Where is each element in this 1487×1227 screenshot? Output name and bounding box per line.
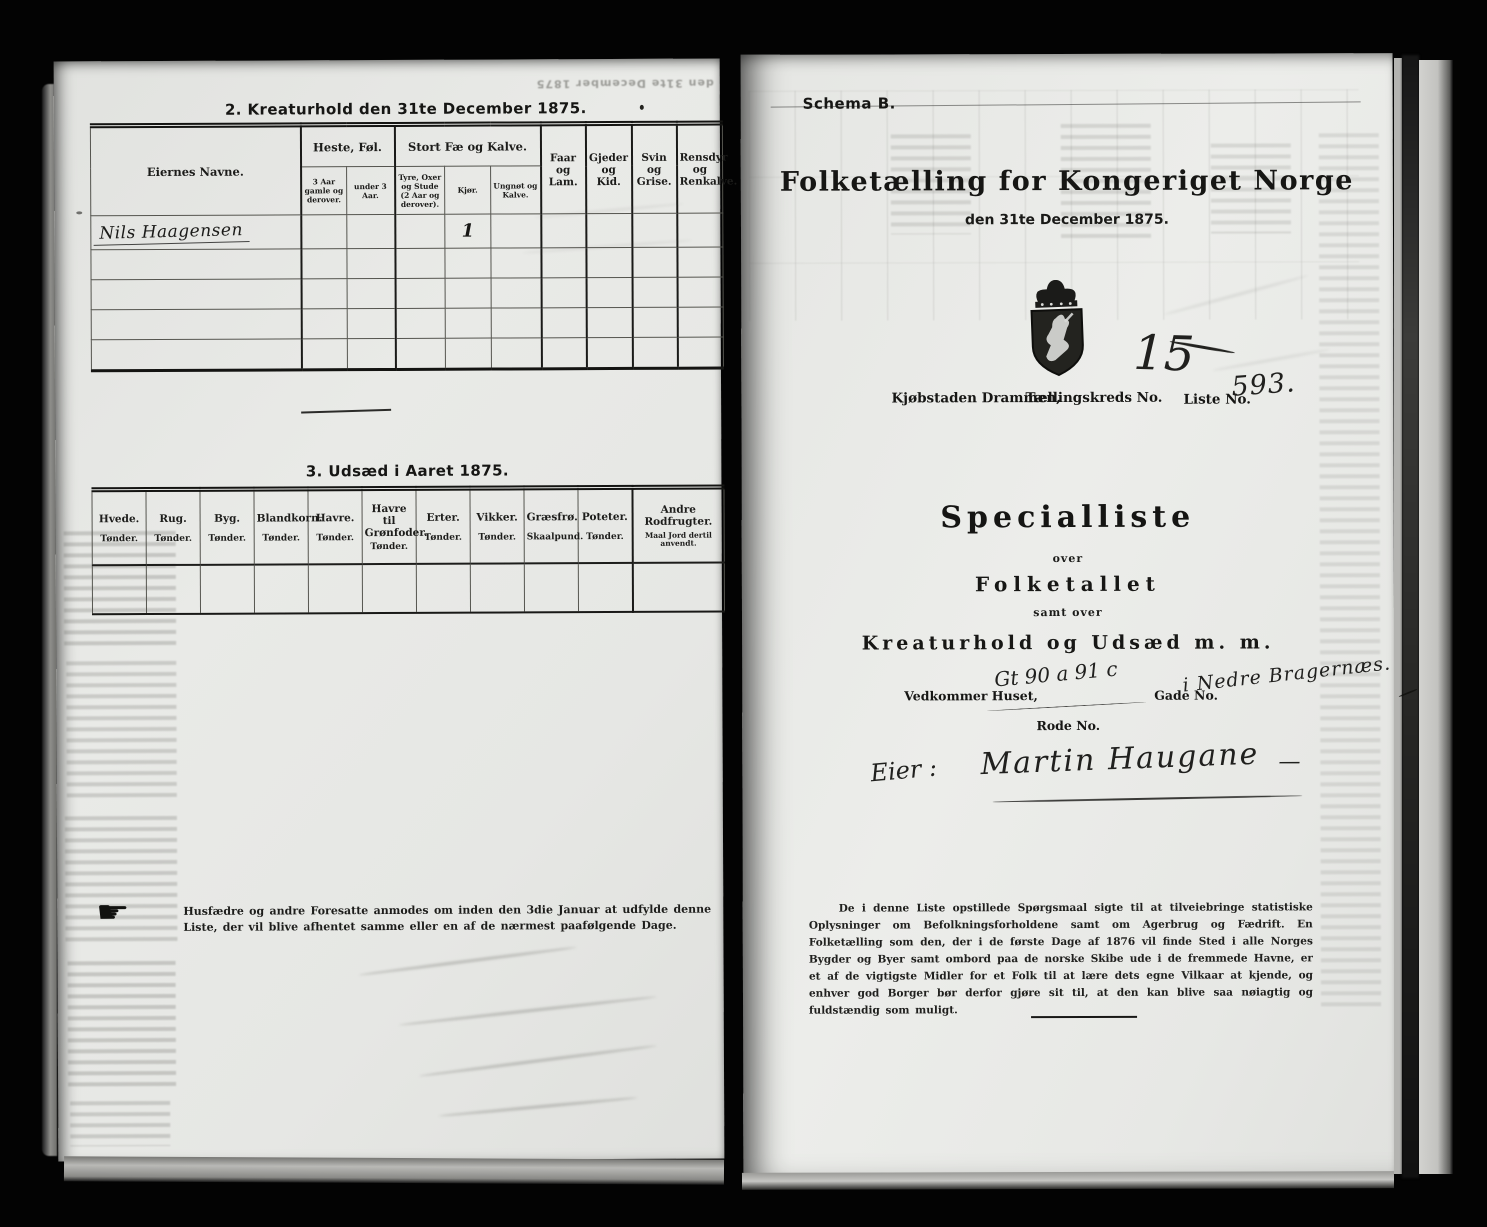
col-header-wheat: Hvede.Tønder. <box>92 490 146 566</box>
col-header-rye: Rug.Tønder. <box>146 489 200 565</box>
right-crease-shadow <box>1402 55 1419 1178</box>
handwritten-owner-name: Martin Haugane — <box>980 741 1300 777</box>
table-row <box>91 277 723 310</box>
district-label: Tællingskreds No. <box>1025 390 1162 406</box>
bleedthrough-stroke <box>358 946 577 977</box>
subcol-horses-under3: under 3 Aar. <box>347 166 395 214</box>
handwritten-house-number: Gt 90 a 91 c <box>993 657 1118 692</box>
col-header-reindeer: Rensdyr og Renkalve. <box>676 123 722 213</box>
bleedthrough-text-block <box>66 661 177 801</box>
bleedthrough-stroke <box>419 1044 657 1077</box>
manicule-icon: ☛ <box>96 895 130 930</box>
page-subtitle: den 31te December 1875. <box>741 211 1393 229</box>
handwritten-owner-name: Nils Haagensen <box>93 219 249 245</box>
table-row <box>91 307 723 340</box>
bleedthrough-text-block <box>68 961 177 1091</box>
col-header-mixed-grain: Blandkorn.Tønder. <box>254 489 308 565</box>
end-rule <box>1031 1016 1137 1018</box>
rode-label: Rode No. <box>742 717 1394 734</box>
scanned-census-spread: den 31te December 1875 2. Kreaturhold de… <box>0 0 1487 1227</box>
col-header-oats-fodder: Havre til Grønfoder.Tønder. <box>362 488 416 564</box>
col-header-potatoes: Poteter.Tønder. <box>578 487 632 563</box>
bleedthrough-text-block <box>70 1101 170 1146</box>
bottom-sheet-edge <box>742 1171 1394 1190</box>
left-page: den 31te December 1875 2. Kreaturhold de… <box>54 59 725 1162</box>
subcol-cows: Kjør. <box>445 166 491 214</box>
handwritten-list-number: 593. <box>1230 367 1296 403</box>
footer-note: Husfædre og andre Foresatte anmodes om i… <box>183 902 715 936</box>
heading-over: over <box>742 551 1394 566</box>
udsaed-table: Hvede.Tønder. Rug.Tønder. Byg.Tønder. Bl… <box>91 485 725 616</box>
heading-kreaturhold: Kreaturhold og Udsæd m. m. <box>742 631 1394 655</box>
subcol-calves: Ungnøt og Kalve. <box>491 166 541 214</box>
handwritten-dash-stroke <box>301 409 391 414</box>
handwritten-underline <box>992 795 1302 803</box>
ink-speck <box>76 211 82 214</box>
schema-label: Schema B. <box>803 94 896 112</box>
right-sheet-edge <box>1394 58 1402 1174</box>
bleedthrough-date: den 31te December 1875 <box>536 77 714 91</box>
table-row <box>91 337 723 371</box>
heading-specialliste: Specialliste <box>742 499 1394 536</box>
bottom-sheet-edge <box>64 1156 724 1184</box>
col-header-pigs: Svin og Grise. <box>631 123 676 213</box>
table-row <box>91 247 723 280</box>
bleedthrough-stroke <box>438 1096 637 1117</box>
coat-of-arms-icon <box>1017 277 1097 384</box>
house-label: Vedkommer Huset, <box>904 688 1038 703</box>
right-page: Schema B. Folketælling for Kongeriget No… <box>741 53 1396 1175</box>
col-header-root-crops: Andre Rodfrugter.Maal Jord dertil anvend… <box>632 487 724 563</box>
owner-dash: — <box>1278 749 1300 774</box>
kreaturhold-title: 2. Kreaturhold den 31te December 1875. <box>90 99 722 120</box>
info-paragraph: De i denne Liste opstillede Spørgsmaal s… <box>809 899 1313 1019</box>
heading-samt-over: samt over <box>742 605 1394 620</box>
handwritten-district-number: 15 <box>1132 325 1195 383</box>
owner-label: Eier : <box>869 753 938 787</box>
col-header-vetches: Vikker.Tønder. <box>470 488 524 564</box>
right-under-sheet <box>1419 60 1453 1174</box>
col-header-owners: Eiernes Navne. <box>90 125 300 216</box>
col-header-grass-seed: Græsfrø.Skaalpund. <box>524 488 578 564</box>
col-group-horses: Heste, Føl. <box>300 124 394 166</box>
udsaed-title: 3. Udsæd i Aaret 1875. <box>91 461 723 482</box>
col-header-sheep: Faar og Lam. <box>540 124 585 214</box>
subcol-horses-over3: 3 Aar gamle og derover. <box>301 167 347 215</box>
handwritten-cow-count: 1 <box>445 214 491 248</box>
col-header-goats: Gjeder og Kid. <box>585 123 631 213</box>
heading-folketallet: Folketallet <box>742 571 1394 597</box>
col-header-oats: Havre.Tønder. <box>308 489 362 565</box>
bleedthrough-stroke <box>398 995 657 1026</box>
table-row <box>92 563 724 615</box>
col-group-cattle: Stort Fæ og Kalve. <box>394 124 540 167</box>
page-title: Folketælling for Kongeriget Norge <box>741 165 1393 198</box>
col-header-barley: Byg.Tønder. <box>200 489 254 565</box>
subcol-bulls-oxen: Tyre, Oxer og Stude (2 Aar og derover). <box>395 166 445 214</box>
